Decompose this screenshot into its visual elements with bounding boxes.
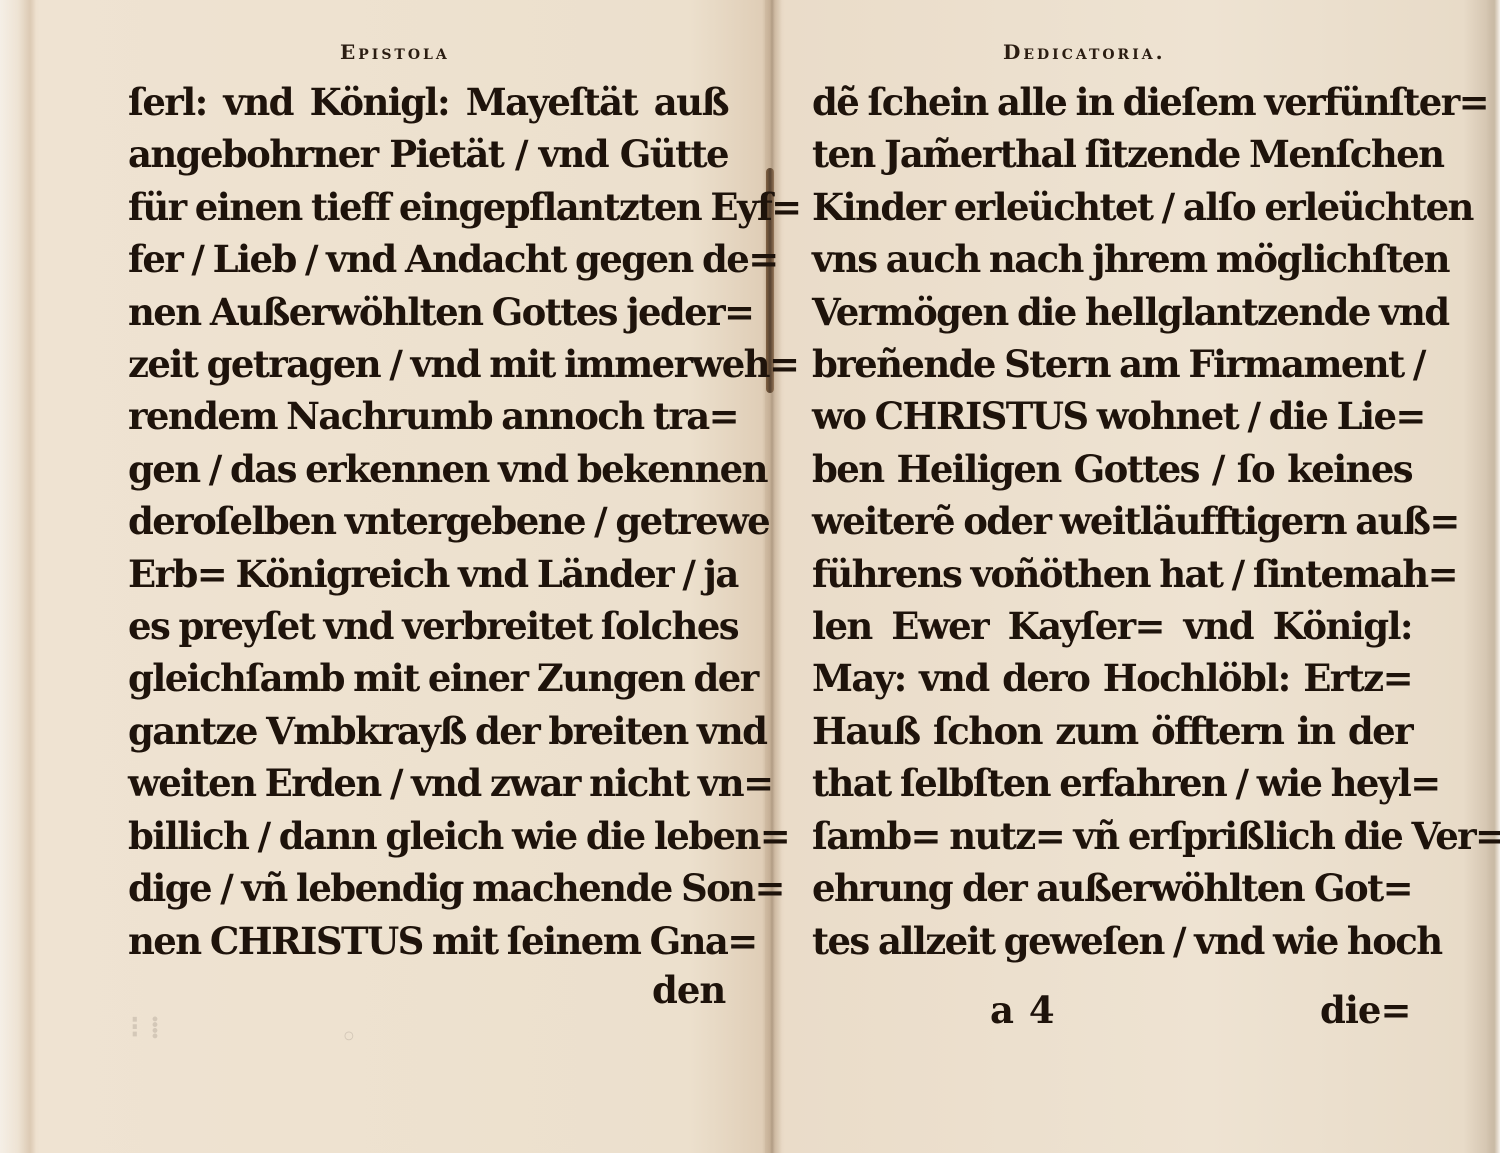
running-head-right: Dedicatoria. [1003,40,1166,64]
text-line: tes allzeit geweſen / vnd wie hoch [812,915,1412,967]
text-line: ſamb= nutz= vñ erſprißlich die Ver= [812,810,1412,862]
text-line: wo CHRISTUS wohnet / die Lie= [812,390,1412,442]
text-line: Erb= Königreich vnd Länder / ja [128,548,728,600]
text-line: ſerl: vnd Königl: Mayeſtät auß [128,76,728,128]
text-line: breñende Stern am Firmament / [812,338,1412,390]
text-line: weiterẽ oder weitläufftigern auß= [812,495,1412,547]
left-page-text: ſerl: vnd Königl: Mayeſtät auß angebohrn… [128,76,728,967]
show-through-mark: ⁝ ⁞ [130,1010,160,1045]
text-line: ben Heiligen Gottes / ſo keines [812,443,1412,495]
text-line: ehrung der außerwöhlten Got= [812,862,1412,914]
text-line: für einen tieff eingepflantzten Eyf= [128,181,728,233]
text-line: Vermögen die hellglantzende vnd [812,286,1412,338]
text-line: rendem Nachrumb annoch tra= [128,390,728,442]
text-line: fer / Lieb / vnd Andacht gegen de= [128,233,728,285]
text-line: nen CHRISTUS mit ſeinem Gna= [128,915,728,967]
text-line: Kinder erleüchtet / alſo erleüchten [812,181,1412,233]
text-line: billich / dann gleich wie die leben= [128,810,728,862]
text-line: weiten Erden / vnd zwar nicht vn= [128,757,728,809]
text-line: zeit getragen / vnd mit immerweh= [128,338,728,390]
catchword-left: den [652,968,725,1012]
text-line: nen Außerwöhlten Gottes jeder= [128,286,728,338]
text-line: gantze Vmbkrayß der breiten vnd [128,705,728,757]
text-line: gleichſamb mit einer Zungen der [128,652,728,704]
text-line: len Ewer Kayſer= vnd Königl: [812,600,1412,652]
catchword-right: die= [1320,988,1410,1032]
text-line: es preyſet vnd verbreitet ſolches [128,600,728,652]
text-line: May: vnd dero Hochlöbl: Ertz= [812,652,1412,704]
text-line: angebohrner Pietät / vnd Gütte [128,128,728,180]
text-line: dige / vñ lebendig machende Son= [128,862,728,914]
text-line: führens voñöthen hat / ſintemah= [812,548,1412,600]
running-head-left: Epistola [340,40,450,64]
text-line: gen / das erkennen vnd bekennen [128,443,728,495]
text-line: that ſelbſten erfahren / wie heyl= [812,757,1412,809]
text-line: deroſelben vntergebene / getrewe [128,495,728,547]
text-line: vns auch nach jhrem möglichſten [812,233,1412,285]
left-page-edge [0,0,36,1153]
text-line: dẽ ſchein alle in dieſem verfünſter= [812,76,1412,128]
book-spread: ⁝ ⁞ ◦ Epistola ſerl: vnd Königl: Mayeſtä… [0,0,1500,1153]
text-line: Hauß ſchon zum öfftern in der [812,705,1412,757]
right-page-text: dẽ ſchein alle in dieſem verfünſter= ten… [812,76,1412,967]
show-through-mark: ◦ [340,1020,358,1055]
signature-mark: a 4 [990,988,1056,1032]
right-page-edge [1486,0,1500,1153]
text-line: ten Jam̃erthal ſitzende Menſchen [812,128,1412,180]
